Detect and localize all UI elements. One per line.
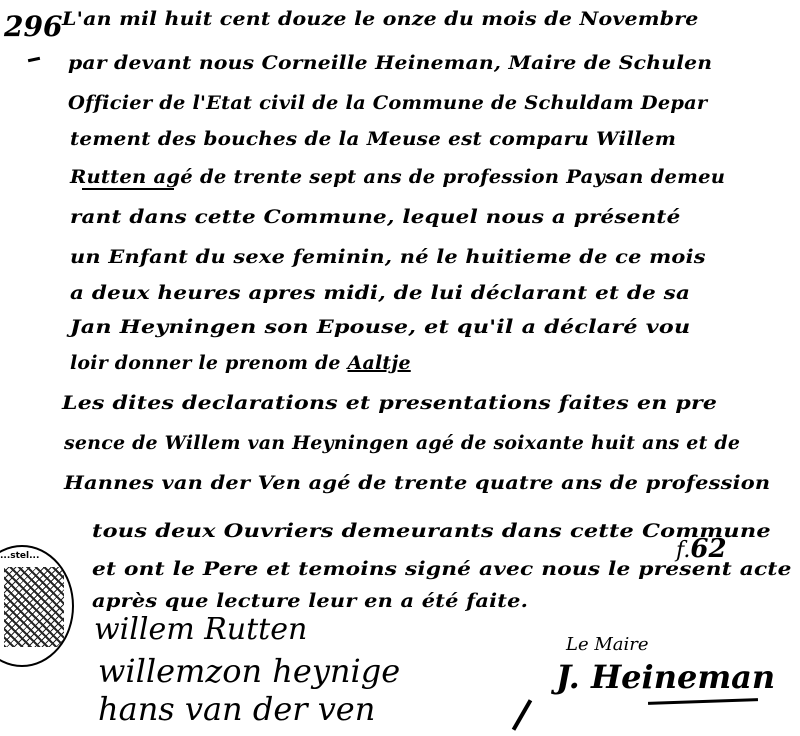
- mayor-underline: [648, 698, 758, 705]
- text-line-12: sence de Willem van Heyningen agé de soi…: [64, 432, 740, 454]
- text-line-15: et ont le Pere et temoins signé avec nou…: [92, 558, 792, 580]
- margin-dash: [28, 57, 40, 62]
- seal-emblem: [4, 567, 64, 647]
- underline-stroke: [82, 188, 174, 190]
- text-line-5: Rutten agé de trente sept ans de profess…: [70, 166, 725, 188]
- text-line-10-prefix: loir donner le prenom de: [70, 352, 348, 374]
- mayor-title: Le Maire: [566, 634, 649, 655]
- text-line-3: Officier de l'Etat civil de la Commune d…: [68, 92, 707, 114]
- text-line-11: Les dites declarations et presentations …: [62, 392, 717, 414]
- text-line-10: loir donner le prenom de Aaltje: [70, 352, 411, 374]
- text-line-1: L'an mil huit cent douze le onze du mois…: [62, 8, 699, 30]
- child-name: Aaltje: [348, 352, 411, 374]
- text-line-4: tement des bouches de la Meuse est compa…: [70, 128, 676, 150]
- text-line-7: un Enfant du sexe feminin, né le huitiem…: [70, 246, 706, 268]
- signature-witness-1: willemzon heynige: [98, 652, 400, 690]
- text-line-14: tous deux Ouvriers demeurants dans cette…: [92, 520, 771, 542]
- text-line-6: rant dans cette Commune, lequel nous a p…: [70, 206, 680, 228]
- text-line-2: par devant nous Corneille Heineman, Mair…: [68, 52, 712, 74]
- text-line-9: Jan Heyningen son Epouse, et qu'il a déc…: [70, 316, 690, 338]
- margin-record-number: 296: [4, 10, 62, 43]
- seal-text: ...stel...: [0, 551, 39, 561]
- text-line-16: après que lecture leur en a été faite.: [92, 590, 528, 612]
- signature-father: willem Rutten: [94, 612, 307, 647]
- text-line-13: Hannes van der Ven agé de trente quatre …: [64, 472, 770, 494]
- document-page: 296 L'an mil huit cent douze le onze du …: [0, 0, 800, 736]
- official-seal: ...stel...: [0, 545, 74, 667]
- mayor-flourish: [512, 699, 532, 730]
- signature-mayor: J. Heineman: [556, 658, 775, 696]
- text-line-8: a deux heures apres midi, de lui déclara…: [70, 282, 690, 304]
- signature-witness-2: hans van der ven: [98, 690, 375, 728]
